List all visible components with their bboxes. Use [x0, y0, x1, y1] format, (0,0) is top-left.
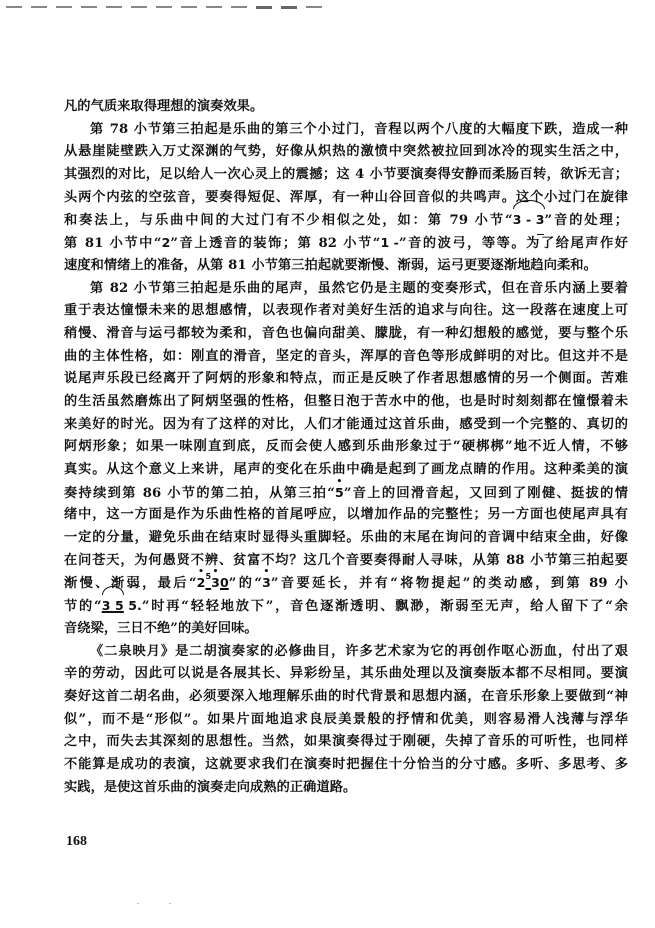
note-1-dash: 1 - [380, 232, 399, 255]
text-line-with-notation: 渐慢、渐弱，最后“2530”的“3”音要延长，并有“将物提起”的类动感，到第 8… [64, 572, 628, 595]
note-rest-0: 0 [220, 575, 229, 590]
text-segment: 节的“ [64, 599, 102, 614]
text-line: 音绕梁，三日不绝”的美好回味。 [64, 618, 628, 641]
page-number: 168 [66, 834, 87, 850]
note-3-high: 3 [262, 572, 271, 595]
text-line: 凡的气质来取得理想的演奏效果。 [64, 96, 628, 119]
dash-mark [156, 6, 172, 8]
text-line-with-notation: 奏持续到第 86 小节的第二拍，从第三拍“5”音上的回滑音起，又回到了刚健、挺拔… [64, 482, 628, 505]
note-5-high: 5 [335, 482, 344, 505]
text-line: 真实。从这个意义上来讲，尾声的变化在乐曲中确是起到了画龙点睛的作用。这种柔美的演 [64, 459, 628, 482]
text-segment: ”音上的回滑音起，又回到了刚健、挺拔的情 [344, 486, 628, 501]
note-3-low: 3 [536, 209, 545, 232]
text-line-with-notation: 和奏法上，与乐曲中间的大过门有不少相似之处，如：第 79 小节“3 - 3”音的… [64, 209, 628, 232]
text-segment: ”的“ [229, 576, 262, 591]
text-line: 曲的主体性格，如：刚直的滑音，坚定的音头，浑厚的音色等形成鲜明的对比。但这并不是 [64, 346, 628, 369]
tied-underlined-pair: 3 5 [102, 595, 124, 618]
notation-grace-group: 2530 [197, 572, 229, 597]
text-segment: 和奏法上，与乐曲中间的大过门有不少相似之处，如：第 79 小节“ [64, 213, 513, 228]
notation-final-notes: 3 5 5. [102, 595, 142, 618]
text-line: 的生活虽然磨炼出了阿炳坚强的性格，但整日泡于苦水中的他，也是时时刻刻都在憧憬着未 [64, 391, 628, 414]
notation-tied-notes: 3 - 3 [513, 209, 545, 232]
dash-mark [231, 6, 247, 8]
text-segment: 第 81 小节中“ [64, 236, 162, 251]
text-line: 不能算是成功的表演，这就要求我们在演奏时把握住十分恰当的分寸感。多听、多思考、多 [64, 754, 628, 777]
text-line: 第 78 小节第三拍起是乐曲的第三个小过门，音程以两个八度的大幅度下跌，造成一种 [64, 119, 628, 142]
text-line: 奏好这首二胡名曲，必须要深入地理解乐曲的时代背景和思想内涵，在音乐形象上要做到“… [64, 686, 628, 709]
note-dash: - [522, 212, 536, 227]
dash-mark [106, 6, 122, 8]
text-line: 重于表达憧憬未来的思想感情，以表现作者对美好生活的追求与向往。这一段落在速度上可 [64, 300, 628, 323]
paragraph-continuation: 凡的气质来取得理想的演奏效果。 [64, 96, 628, 119]
text-segment: ”音要延长，并有“将物提起”的类动感，到第 89 小 [271, 576, 628, 591]
dash-mark [56, 6, 72, 8]
speck [169, 903, 171, 904]
paragraph-bar-78: 第 78 小节第三拍起是乐曲的第三个小过门，音程以两个八度的大幅度下跌，造成一种… [64, 119, 628, 278]
note-5: 5 [115, 598, 124, 613]
note-3: 3 [513, 212, 522, 227]
note-2: 2 [162, 232, 171, 255]
text-segment: 奏持续到第 86 小节的第二拍，从第三拍“ [64, 486, 335, 501]
paragraph-coda: 第 82 小节第三拍起是乐曲的尾声，虽然它仍是主题的变奏形式，但在音乐内涵上要着… [64, 278, 628, 641]
text-line: 来美好的时光。因为有了这样的对比，人们才能通过这首乐曲，感受到一个完整的、真切的 [64, 414, 628, 437]
text-line: 之中，而失去其深刻的思想性。当然，如果演奏得过于刚硬，失掉了音乐的可听性，也同样 [64, 731, 628, 754]
text-line: 速度和情绪上的准备，从第 81 小节第三拍起就要渐慢、渐弱，运弓更要逐渐地趋向柔… [64, 255, 628, 278]
dash-mark [6, 6, 22, 8]
note-5-fermata: 5. [128, 595, 142, 618]
text-segment: ”音的波弓，等等。为了给尾声作好 [399, 236, 628, 251]
text-line: 从悬崖陡壁跌入万丈深渊的气势，好像从炽热的激愤中突然被拉回到冰冷的现实生活之中， [64, 141, 628, 164]
text-line: 《二泉映月》是二胡演奏家的必修曲目，许多艺术家为它的再创作呕心沥血，付出了艰 [64, 641, 628, 664]
note-3-high: 3 [211, 572, 220, 595]
text-line: 说尾声乐段已经离开了阿炳的形象和特点，而正是反映了作者思想感情的另一个侧面。苦难 [64, 368, 628, 391]
text-segment: ”音上透音的装饰；第 82 小节“ [170, 236, 380, 251]
dash-mark [131, 6, 147, 8]
text-line-with-notation: 第 81 小节中“2”音上透音的装饰；第 82 小节“1 -”音的波弓，等等。为… [64, 232, 628, 255]
text-line-with-notation: 节的“3 5 5.”时再“轻轻地放下”，音色逐渐透明、飘渺，渐弱至无声，给人留下… [64, 595, 628, 618]
text-line: 一定的分量，避免乐曲在结束时显得头重脚轻。乐曲的末尾在询问的音调中结束全曲，好像 [64, 527, 628, 550]
text-line: 稍慢、滑音与运弓都较为柔和，音色也偏向甜美、朦胧，有一种幻想般的感觉，要与整个乐 [64, 323, 628, 346]
text-line: 其强烈的对比，足以给人一次心灵上的震撼；这 4 小节要演奏得安静而柔肠百转，欲诉… [64, 164, 628, 187]
scan-edge-dashes [6, 4, 322, 10]
paragraph-conclusion: 《二泉映月》是二胡演奏家的必修曲目，许多艺术家为它的再创作呕心沥血，付出了艰 辛… [64, 641, 628, 800]
dash-mark [256, 6, 272, 9]
text-line: 阿炳形象；如果一味刚直到底，反而会使人感到乐曲形象过于“硬梆梆”地不近人情，不够 [64, 436, 628, 459]
speck [137, 903, 139, 904]
text-line: 第 82 小节第三拍起是乐曲的尾声，虽然它仍是主题的变奏形式，但在音乐内涵上要着 [64, 278, 628, 301]
dash-mark [181, 6, 197, 8]
text-segment: ”音的处理； [545, 213, 628, 228]
dash-mark [81, 6, 97, 8]
note-3: 3 [102, 598, 111, 613]
text-segment: ”时再“轻轻地放下”，音色逐渐透明、飘渺，渐弱至无声，给人留下了“余 [142, 599, 628, 614]
text-line: 实践，是使这首乐曲的演奏走向成熟的正确道路。 [64, 777, 628, 800]
text-line: 绪中，这一方面是作为乐曲性格的首尾呼应，以增加作品的完整性；另一方面也使尾声具有 [64, 504, 628, 527]
page-body: 凡的气质来取得理想的演奏效果。 第 78 小节第三拍起是乐曲的第三个小过门，音程… [64, 96, 628, 799]
text-line: 似”，而不是“形似”。如果片面地追求良辰美景般的抒情和优美，则容易滑人浅薄与浮华 [64, 709, 628, 732]
dash-mark [206, 6, 222, 8]
scan-specks [137, 903, 177, 905]
text-line: 辛的劳动，因此可以说是各展其长、异彩纷呈，其乐曲处理以及演奏版本都不尽相同。要演 [64, 663, 628, 686]
dash-mark [281, 6, 297, 9]
dash-mark [31, 6, 47, 8]
text-line: 在问苍天，为何愚贤不辨、贫富不均？这几个音要奏得耐人寻味，从第 88 小节第三拍… [64, 550, 628, 573]
dash-mark [306, 6, 322, 8]
